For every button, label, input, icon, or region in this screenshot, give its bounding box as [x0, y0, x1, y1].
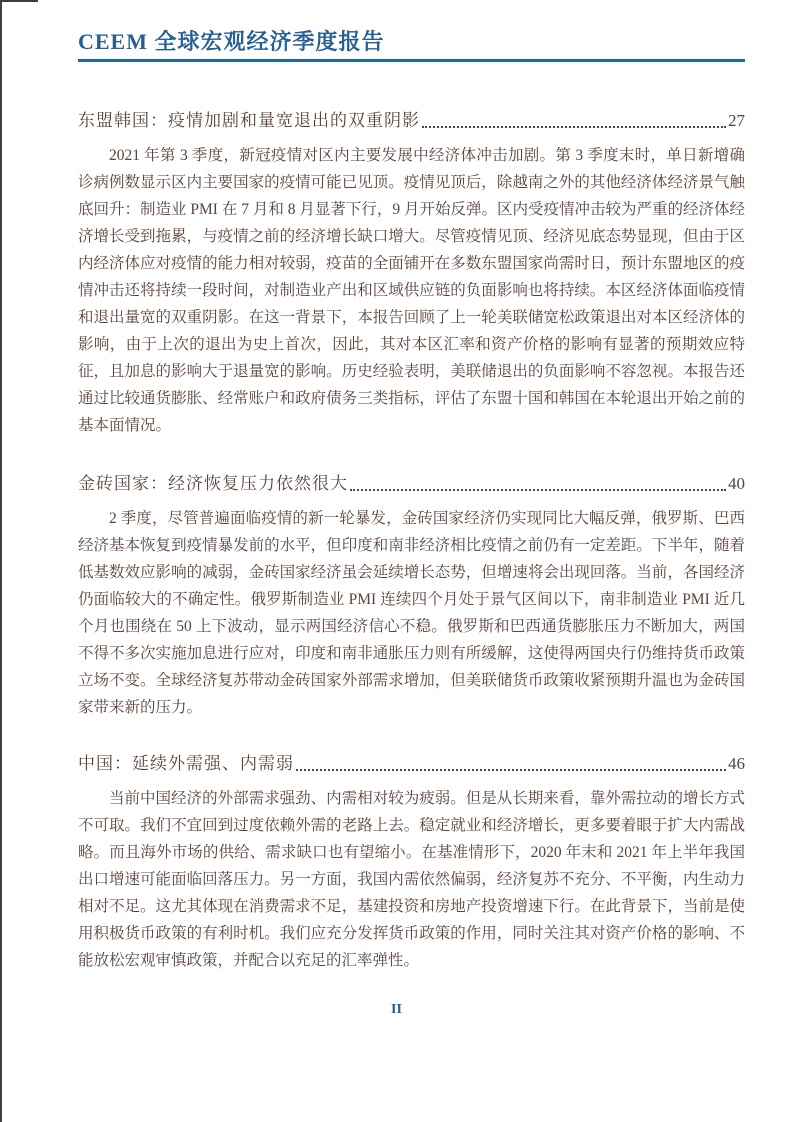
- page-top-edge: [0, 0, 38, 2]
- footer-page-number: II: [391, 1002, 402, 1017]
- toc-section-brics: 金砖国家：经济恢复压力依然很大 40 2 季度，尽管普遍面临疫情的新一轮暴发，金…: [78, 472, 745, 721]
- toc-page-number: 40: [728, 472, 745, 496]
- section-summary-asean-korea: 2021 年第 3 季度，新冠疫情对区内主要发展中经济体冲击加剧。第 3 季度末…: [78, 142, 745, 439]
- toc-page-number: 46: [728, 752, 745, 776]
- toc-entry-title: 中国：延续外需强、内需弱: [78, 752, 294, 776]
- toc-entry-asean-korea[interactable]: 东盟韩国：疫情加剧和量宽退出的双重阴影 27: [78, 109, 745, 133]
- page-footer: II: [0, 1002, 793, 1018]
- toc-section-china: 中国：延续外需强、内需弱 46 当前中国经济的外部需求强劲、内需相对较为疲弱。但…: [78, 752, 745, 974]
- section-summary-china: 当前中国经济的外部需求强劲、内需相对较为疲弱。但是从长期来看，靠外需拉动的增长方…: [78, 785, 745, 974]
- toc-leader-dots: [422, 126, 726, 128]
- toc-leader-dots: [350, 489, 726, 491]
- page-left-edge: [0, 0, 2, 1122]
- toc-entry-china[interactable]: 中国：延续外需强、内需弱 46: [78, 752, 745, 776]
- toc-entry-title: 东盟韩国：疫情加剧和量宽退出的双重阴影: [78, 109, 420, 133]
- report-title: CEEM 全球宏观经济季度报告: [78, 28, 745, 56]
- page-content: CEEM 全球宏观经济季度报告 东盟韩国：疫情加剧和量宽退出的双重阴影 27 2…: [78, 28, 745, 974]
- section-summary-brics: 2 季度，尽管普遍面临疫情的新一轮暴发，金砖国家经济仍实现同比大幅反弹，俄罗斯、…: [78, 505, 745, 721]
- header-divider: [78, 59, 745, 62]
- toc-leader-dots: [296, 769, 726, 771]
- toc-entry-brics[interactable]: 金砖国家：经济恢复压力依然很大 40: [78, 472, 745, 496]
- toc-section-asean-korea: 东盟韩国：疫情加剧和量宽退出的双重阴影 27 2021 年第 3 季度，新冠疫情…: [78, 109, 745, 439]
- report-page: CEEM 全球宏观经济季度报告 东盟韩国：疫情加剧和量宽退出的双重阴影 27 2…: [0, 0, 793, 1122]
- toc-page-number: 27: [728, 109, 745, 133]
- toc-entry-title: 金砖国家：经济恢复压力依然很大: [78, 472, 348, 496]
- report-header: CEEM 全球宏观经济季度报告: [78, 28, 745, 62]
